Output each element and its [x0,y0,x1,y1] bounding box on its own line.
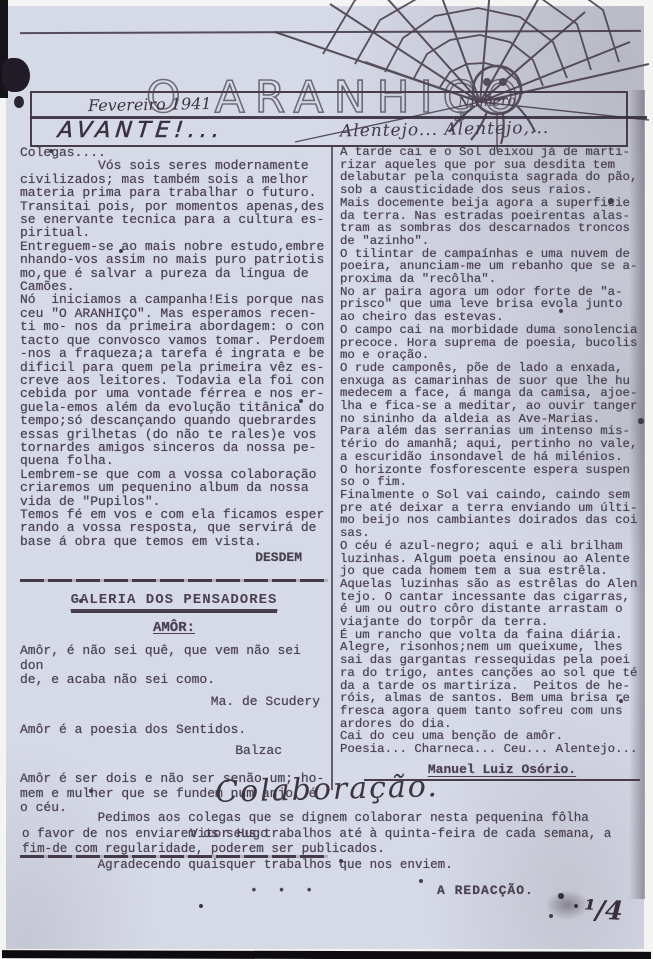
galeria-topic: AMÔR: [20,620,328,636]
page-number: ¹/4 [583,895,624,927]
footer-signature-row: • • • A REDACÇÃO. [22,883,632,898]
scan-bottom-band [2,950,651,959]
ink-specks [0,0,2,2]
quote-author: Ma. de Scudery [20,694,328,709]
issue-number-label: Número [458,93,516,111]
editorial-signature: DESDEM [20,550,328,565]
quote-text: Amôr, é não sei quê, que vem não sei don… [20,644,328,688]
ink-blob-small [14,96,24,108]
collaboration-section: Colaboração. Pedimos aos colegas que se … [22,772,632,898]
right-column: A tarde cai e o Sol deixou já de marti- … [340,146,646,781]
editorial-text: Colegas.... Vós sois seres modernamente … [20,146,328,548]
masthead-title: AVANTE!... [57,118,226,143]
galeria-title: GALERIA DOS PENSADORES [20,592,328,608]
quote-author: Balzac [20,743,328,758]
redaccao-signature: A REDACÇÃO. [437,883,534,898]
quote-text: Amôr é a poesia dos Sentidos. [20,723,328,738]
left-column: Colegas.... Vós sois seres modernamente … [20,146,328,868]
ink-blob [2,58,30,92]
section-divider-line [20,579,328,582]
scanned-newsletter-page: O ARANHIÇO Fevereiro 1941 AVANTE!... Núm… [0,0,653,959]
prose-poem-text: A tarde cai e o Sol deixou já de marti- … [340,146,646,756]
collaboration-title: Colaboração. [22,764,633,815]
collaboration-text: Pedimos aos colegas que se dignem colabo… [22,811,632,873]
separator-dots: • • • [250,883,319,898]
column-divider-line [331,145,333,790]
issue-date: Fevereiro 1941 [88,94,212,115]
galeria-title-text: GALERIA DOS PENSADORES [71,592,278,613]
